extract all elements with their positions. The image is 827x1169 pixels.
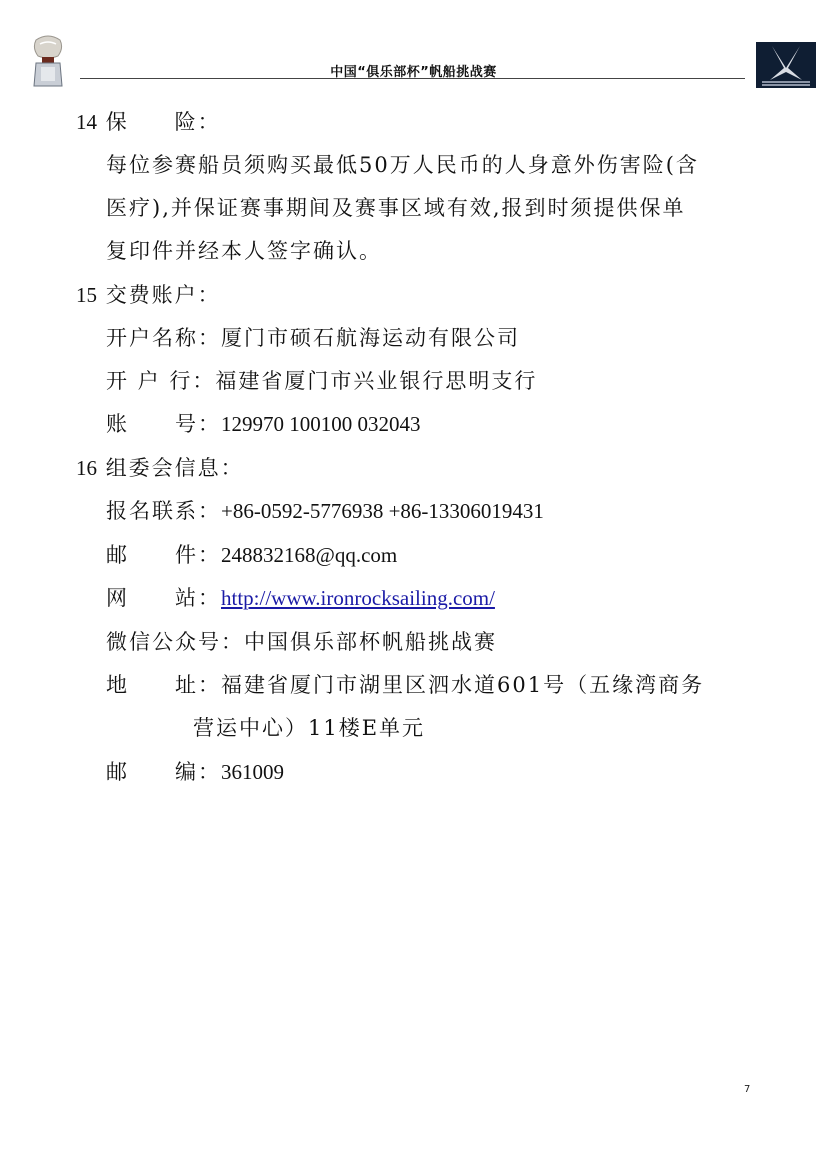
- field-label: 报名联系：: [106, 497, 221, 525]
- section-15-heading: 15 交费账户：: [76, 281, 221, 309]
- section-number: 15: [76, 283, 97, 307]
- address-continuation: 营运中心）11楼E单元: [193, 714, 425, 742]
- field-label: 网 站：: [106, 584, 221, 612]
- postcode-row: 邮 编：361009: [106, 758, 284, 786]
- header-divider: [80, 78, 745, 79]
- section-title: 保 险：: [106, 110, 221, 134]
- section-title: 交费账户：: [106, 283, 221, 307]
- section-14-body-line-1: 每位参赛船员须购买最低50万人民币的人身意外伤害险(含: [106, 151, 699, 179]
- address-value: 福建省厦门市湖里区泗水道601号（五缘湾商务: [221, 673, 704, 697]
- field-label: 开 户 行：: [106, 367, 215, 395]
- field-label: 邮 件：: [106, 541, 221, 569]
- field-label: 微信公众号：: [106, 628, 244, 656]
- account-name-value: 厦门市硕石航海运动有限公司: [221, 326, 520, 350]
- section-number: 14: [76, 110, 97, 134]
- section-number: 16: [76, 456, 97, 480]
- field-label: 地 址：: [106, 671, 221, 699]
- field-label: 邮 编：: [106, 758, 221, 786]
- address-row: 地 址：福建省厦门市湖里区泗水道601号（五缘湾商务: [106, 671, 704, 699]
- field-label: 账 号：: [106, 410, 221, 438]
- account-number-value: 129970 100100 032043: [221, 412, 421, 436]
- email-value: 248832168@qq.com: [221, 543, 397, 567]
- contact-phone-row: 报名联系：+86-0592-5776938 +86-13306019431: [106, 497, 544, 525]
- website-link[interactable]: http://www.ironrocksailing.com/: [221, 586, 495, 610]
- section-14-body-line-2: 医疗),并保证赛事期间及赛事区域有效,报到时须提供保单: [106, 194, 686, 222]
- email-row: 邮 件：248832168@qq.com: [106, 541, 397, 569]
- phone-value: +86-0592-5776938 +86-13306019431: [221, 499, 544, 523]
- section-14-heading: 14 保 险：: [76, 108, 221, 136]
- field-label: 开户名称：: [106, 324, 221, 352]
- website-row: 网 站：http://www.ironrocksailing.com/: [106, 584, 495, 612]
- page-number: 7: [744, 1084, 750, 1095]
- wechat-row: 微信公众号：中国俱乐部杯帆船挑战赛: [106, 628, 497, 656]
- postcode-value: 361009: [221, 760, 284, 784]
- section-title: 组委会信息：: [106, 456, 244, 480]
- bank-value: 福建省厦门市兴业银行思明支行: [215, 369, 537, 393]
- wechat-value: 中国俱乐部杯帆船挑战赛: [244, 630, 497, 654]
- bank-row: 开 户 行：福建省厦门市兴业银行思明支行: [106, 367, 537, 395]
- account-name-row: 开户名称：厦门市硕石航海运动有限公司: [106, 324, 520, 352]
- account-number-row: 账 号：129970 100100 032043: [106, 410, 421, 438]
- section-16-heading: 16 组委会信息：: [76, 454, 244, 482]
- sailing-challenge-logo: [756, 42, 816, 88]
- section-14-body-line-3: 复印件并经本人签字确认。: [106, 237, 382, 265]
